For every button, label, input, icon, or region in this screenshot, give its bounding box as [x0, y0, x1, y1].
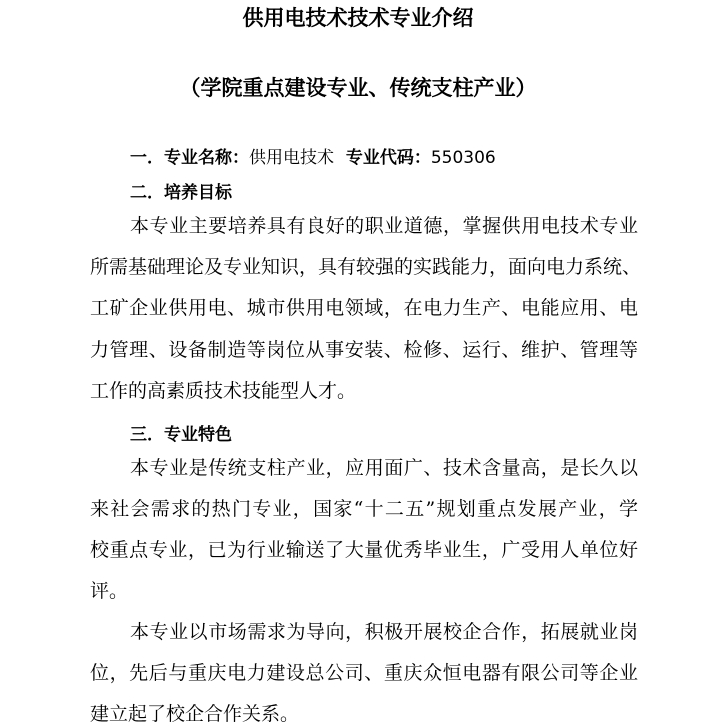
- section-1-major-info: 一．专业名称：供用电技术 专业代码：550306: [130, 143, 496, 168]
- major-code-value: 550306: [431, 148, 496, 168]
- paragraph-line: 工作的高素质技术技能型人才。: [90, 376, 638, 403]
- paragraph-line: 本专业以市场需求为导向，积极开展校企合作，拓展就业岗: [130, 617, 638, 644]
- major-name-label: 一．专业名称：: [130, 148, 249, 168]
- paragraph-line: 所需基础理论及专业知识，具有较强的实践能力，面向电力系统、: [90, 252, 638, 279]
- paragraph-line: 来社会需求的热门专业，国家“十二五”规划重点发展产业，学: [90, 494, 638, 521]
- paragraph-line: 评。: [90, 576, 638, 603]
- major-code-label: 专业代码：: [346, 148, 431, 168]
- paragraph-line: 力管理、设备制造等岗位从事安装、检修、运行、维护、管理等: [90, 335, 638, 362]
- section-2-heading: 二．培养目标: [130, 178, 232, 203]
- section-3-heading: 三．专业特色: [130, 420, 232, 445]
- paragraph-line: 本专业是传统支柱产业，应用面广、技术含量高，是长久以: [130, 453, 638, 480]
- paragraph-line: 位，先后与重庆电力建设总公司、重庆众恒电器有限公司等企业: [90, 658, 638, 685]
- paragraph-line: 建立起了校企合作关系。: [90, 699, 638, 726]
- paragraph-line: 工矿企业供用电、城市供用电领域，在电力生产、电能应用、电: [90, 293, 638, 320]
- major-name-value: 供用电技术: [249, 148, 334, 168]
- document-title: 供用电技术技术专业介绍: [0, 2, 716, 32]
- paragraph-line: 本专业主要培养具有良好的职业道德，掌握供用电技术专业: [130, 211, 638, 238]
- document-subtitle: （学院重点建设专业、传统支柱产业）: [0, 72, 716, 102]
- paragraph-line: 校重点专业，已为行业输送了大量优秀毕业生，广受用人单位好: [90, 535, 638, 562]
